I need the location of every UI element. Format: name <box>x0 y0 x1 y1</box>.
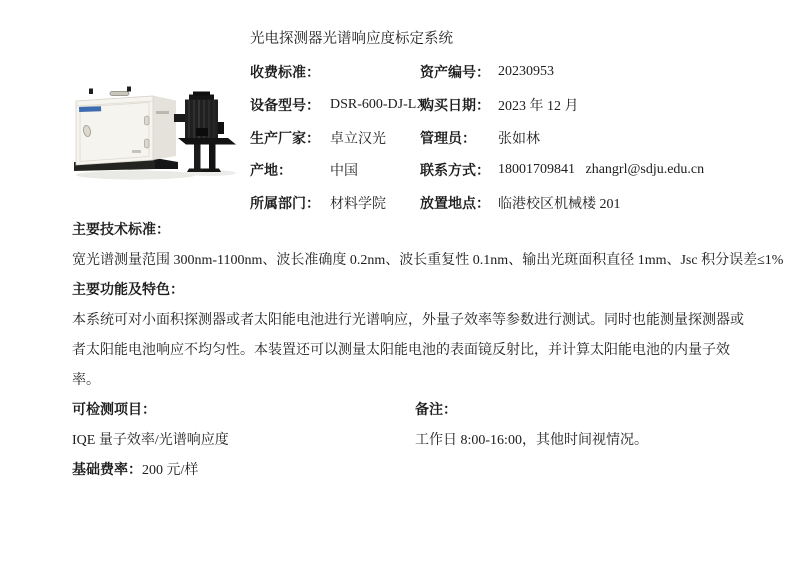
manager-label: 管理员： <box>420 128 498 148</box>
origin-label: 产地： <box>250 160 330 180</box>
asset-number-value: 20230953 <box>498 64 760 80</box>
equipment-info-table: 收费标准： 资产编号： 20230953 设备型号： DSR-600-DJ-LX… <box>250 56 760 219</box>
manufacturer-value: 卓立汉光 <box>330 128 420 148</box>
base-rate-value: 200 元/样 <box>142 463 198 478</box>
tech-specs-text: 宽光谱测量范围 300nm-1100nm、波长准确度 0.2nm、波长重复性 0… <box>72 246 750 276</box>
department-label: 所属部门： <box>250 193 330 213</box>
page-title: 光电探测器光谱响应度标定系统 <box>250 29 453 49</box>
brand-label <box>79 106 101 112</box>
device-model-value: DSR-600-DJ-LX <box>330 97 420 113</box>
contact-value: 18001709841 zhangrl@sdju.edu.cn <box>498 162 760 178</box>
equipment-info-page: 光电探测器光谱响应度标定系统 收费标准： 资产编号： 20230953 设备型号… <box>0 0 799 565</box>
photo-shadow <box>76 171 196 180</box>
section-heading-testable-items: 可检测项目： <box>72 396 415 426</box>
equipment-photo <box>70 84 236 182</box>
base-rate-row: 基础费率：200 元/样 <box>72 456 750 486</box>
equipment-photo-illustration <box>70 84 236 182</box>
detect-remarks-content-row: IQE 量子效率/光谱响应度 工作日 8:00-16:00，其他时间视情况。 <box>72 426 750 456</box>
mounting-shelf <box>178 138 236 145</box>
brand-mark <box>132 150 141 153</box>
latch-upper <box>145 116 150 125</box>
remarks-text: 工作日 8:00-16:00，其他时间视情况。 <box>415 426 750 456</box>
features-text: 本系统可对小面积探测器或者太阳能电池进行光谱响应，外量子效率等参数进行测试。同时… <box>72 306 750 396</box>
location-label: 放置地点： <box>420 193 498 213</box>
section-heading-tech-standard: 主要技术标准： <box>72 216 750 246</box>
detect-remarks-heading-row: 可检测项目： 备注： <box>72 396 750 426</box>
purchase-date-label: 购买日期： <box>420 95 498 115</box>
manufacturer-label: 生产厂家： <box>250 128 330 148</box>
latch-lower <box>145 139 150 148</box>
chamber-box-side <box>153 96 176 160</box>
lid-handle <box>110 92 129 96</box>
fee-standard-label: 收费标准： <box>250 62 330 82</box>
section-heading-remarks: 备注： <box>415 396 750 426</box>
department-value: 材料学院 <box>330 193 420 213</box>
asset-number-label: 资产编号： <box>420 62 498 82</box>
document-body: 主要技术标准： 宽光谱测量范围 300nm-1100nm、波长准确度 0.2nm… <box>72 216 750 486</box>
purchase-date-value: 2023 年 12 月 <box>498 95 760 115</box>
device-model-label: 设备型号： <box>250 95 330 115</box>
section-heading-features: 主要功能及特色： <box>72 276 750 306</box>
testable-items-text: IQE 量子效率/光谱响应度 <box>72 426 415 456</box>
contact-label: 联系方式： <box>420 160 498 180</box>
manager-value: 张如林 <box>498 128 760 148</box>
location-value: 临港校区机械楼 201 <box>498 193 760 213</box>
base-rate-label: 基础费率： <box>72 463 142 478</box>
origin-value: 中国 <box>330 160 420 180</box>
